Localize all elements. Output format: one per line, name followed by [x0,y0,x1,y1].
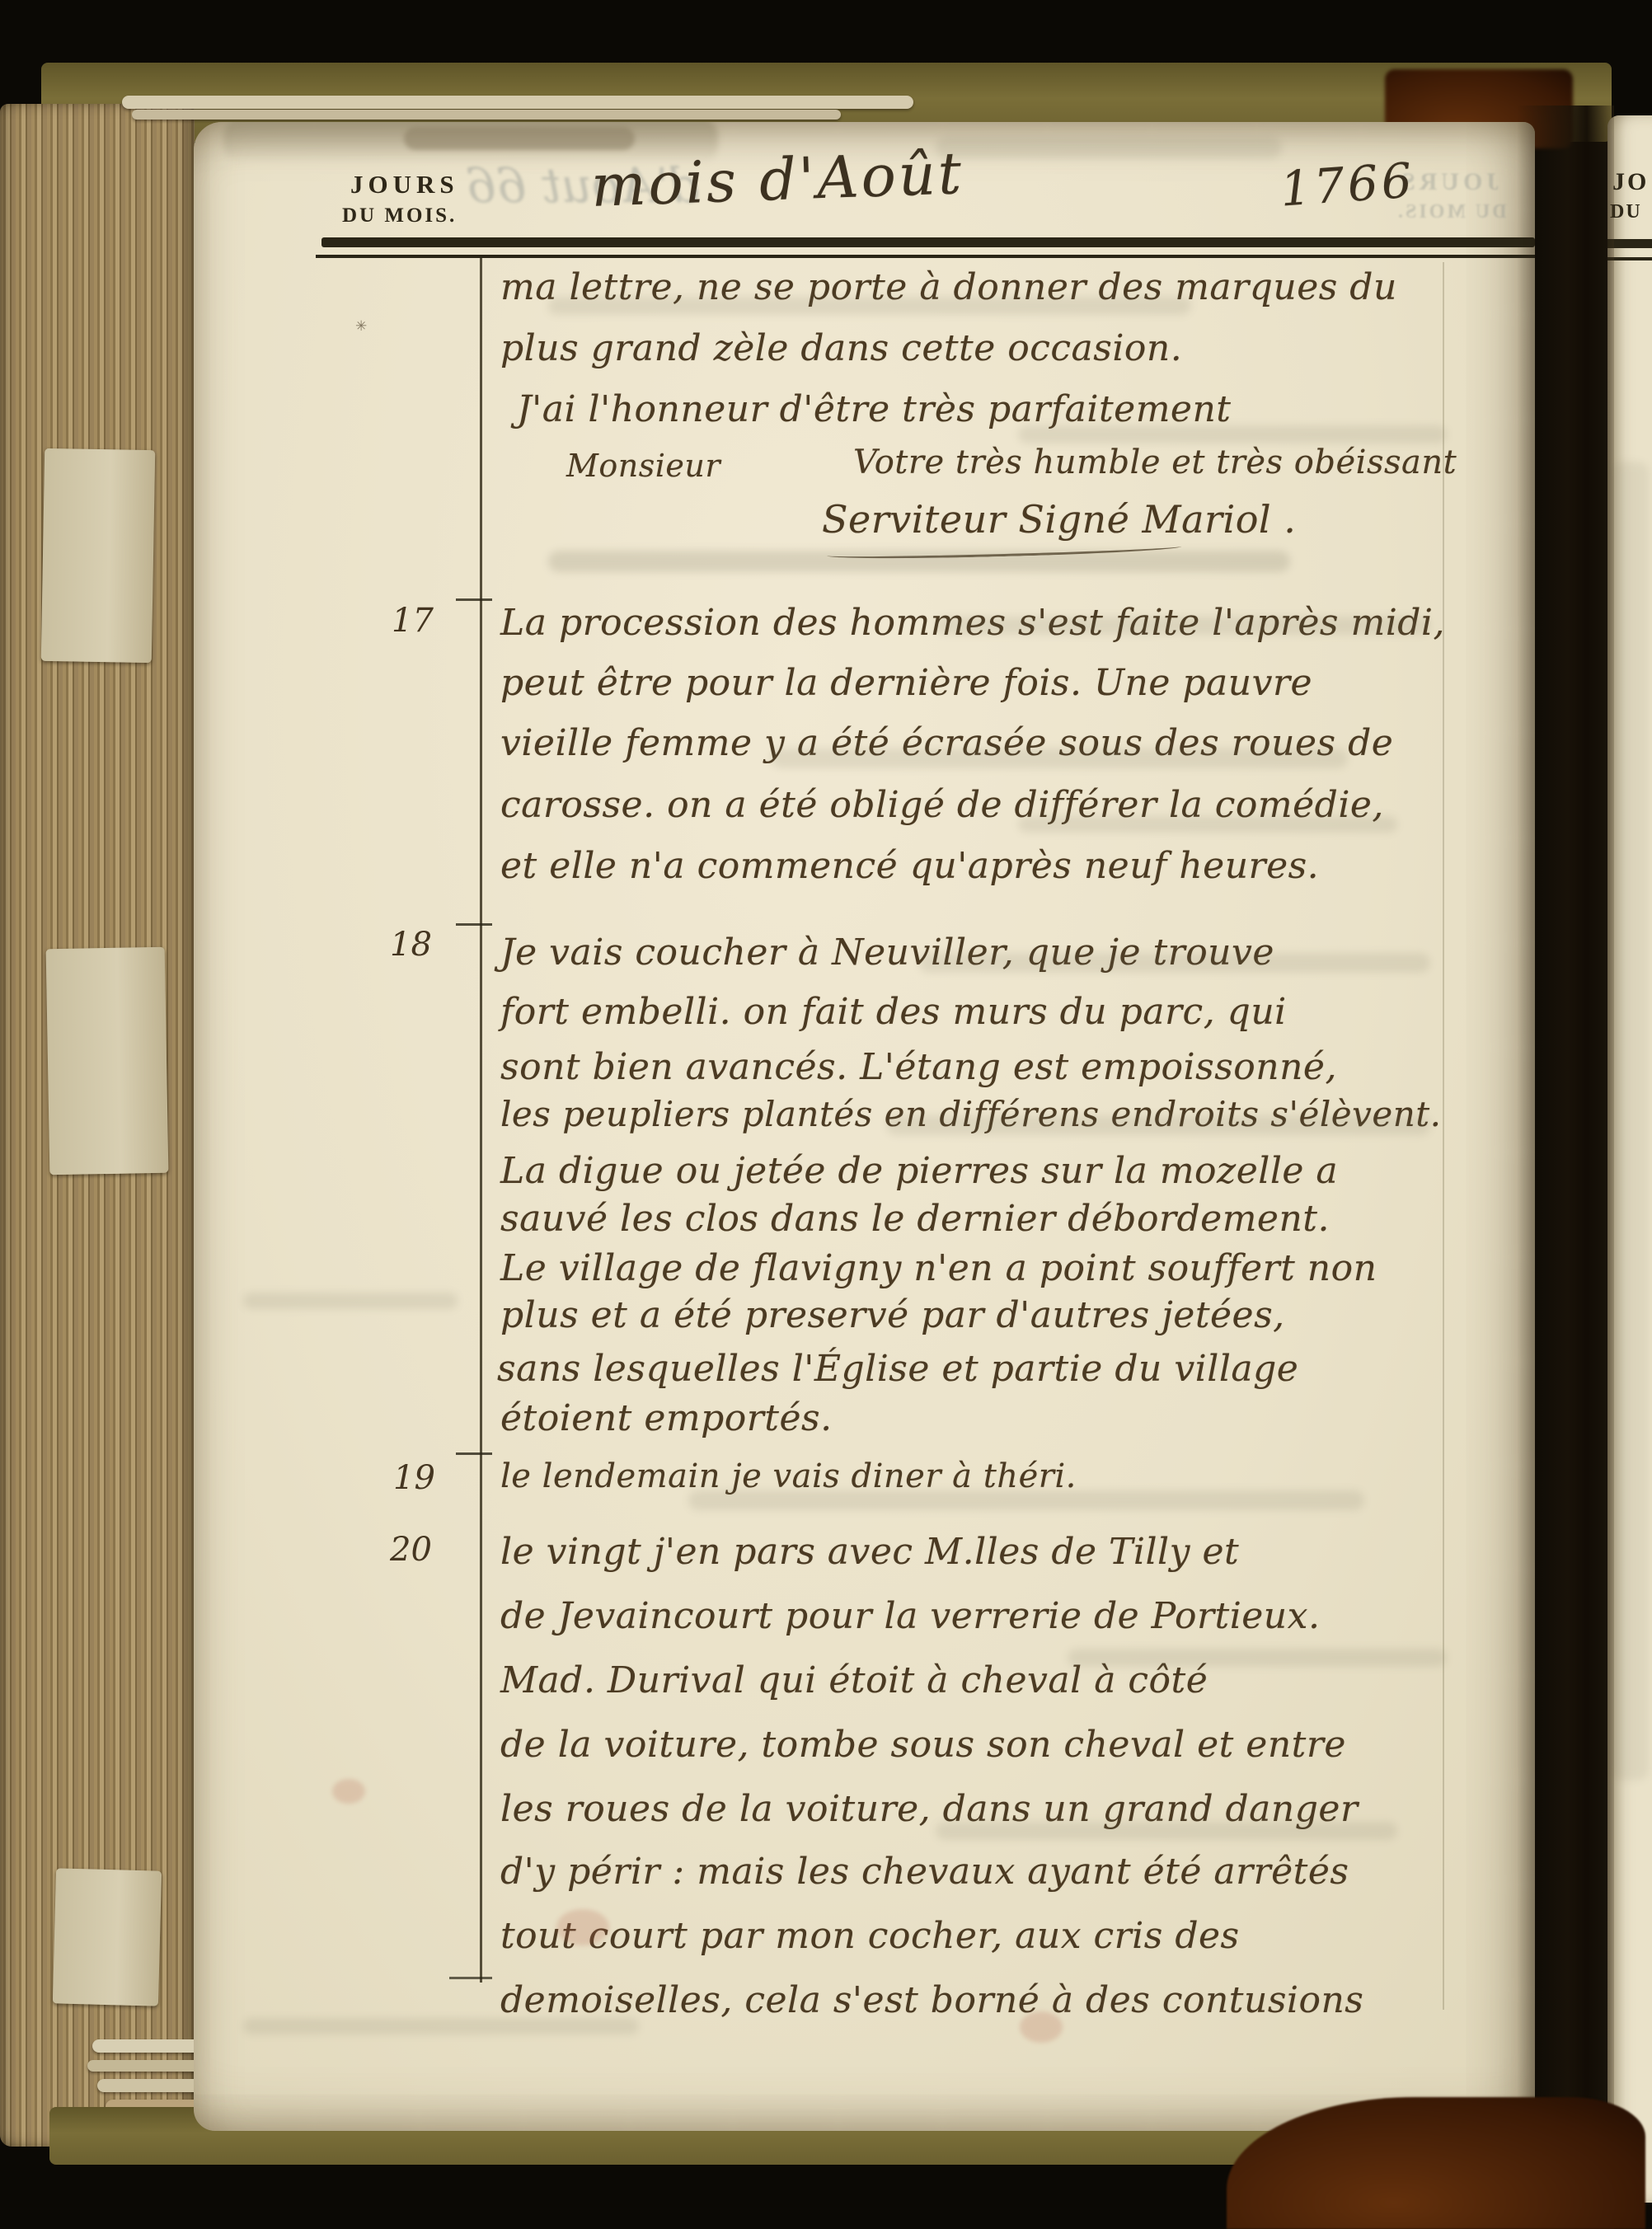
letter-closing: Votre très humble et très obéissant [853,445,1457,480]
entry-day-number: 18 [390,928,432,961]
inserted-paper-slip [46,947,169,1175]
printed-header-du-mois: DU MOIS. [342,204,457,228]
showthrough-smudge [919,953,1430,973]
showthrough-smudge [1068,1649,1447,1667]
letter-salutation: Monsieur [566,450,720,483]
facing-page: JO DU [1607,115,1652,2203]
inserted-paper-slip [53,1868,162,2006]
showthrough-smudge [936,1822,1397,1840]
entry-tick [449,1977,492,1979]
paper-stain [404,127,635,150]
letter-signature: Serviteur Signé Mariol . [822,500,1296,539]
entry-line: demoiselles, cela s'est borné à des cont… [500,1982,1363,2020]
showthrough-smudge [243,2018,639,2034]
facing-page-header-du-mois: DU [1610,201,1642,223]
letter-line: J'ai l'honneur d'être très parfaitement [517,391,1231,429]
sheet-edge [132,110,841,120]
entry-tick [456,923,492,926]
showthrough-smudge [886,1115,1430,1135]
letter-line: plus grand zèle dans cette occasion. [500,330,1182,368]
showthrough-smudge [936,137,1282,158]
entry-line: plus et a été preservé par d'autres jeté… [500,1297,1285,1335]
showthrough-smudge [1018,425,1447,443]
entry-line: de Jevaincourt pour la verrerie de Porti… [500,1598,1320,1635]
entry-day-number: 19 [393,1462,435,1495]
entry-line: Mad. Durival qui étoit à cheval à côté [500,1662,1208,1700]
inserted-paper-slip [41,448,155,663]
entry-line: d'y périr : mais les chevaux ayant été a… [500,1853,1349,1891]
foxing-speck [1020,2011,1063,2043]
printed-header-jours: JOURS [350,170,459,199]
entry-line: et elle n'a commencé qu'après neuf heure… [500,847,1319,885]
showthrough-margin-rule [1443,262,1444,2010]
entry-tick [456,1452,492,1455]
header-rule-thin [316,255,1535,258]
manuscript-page: JOURS DU MOIS. d'Aout 66 JOURS DU MOIS. … [194,122,1535,2131]
entry-line: sauvé les clos dans le dernier débordeme… [500,1200,1330,1238]
entry-line: sont bien avancés. L'étang est empoisson… [500,1049,1337,1086]
entry-line: étoient emportés. [500,1400,833,1438]
entry-line: Le village de flavigny n'en a point souf… [500,1250,1377,1288]
showthrough-smudge [1611,462,1649,1781]
entry-line: peut être pour la dernière fois. Une pau… [500,664,1312,702]
showthrough-smudge [243,1293,458,1309]
entry-line: fort embelli. on fait des murs du parc, … [500,993,1287,1031]
entry-line: le lendemain je vais diner à théri. [500,1459,1077,1494]
showthrough-smudge [771,748,1348,768]
entry-line: sans lesquelles l'Église et partie du vi… [497,1350,1298,1388]
sheet-edge [122,96,913,109]
entry-line: La digue ou jetée de pierres sur la moze… [500,1152,1338,1190]
handwritten-month-title: mois d'Août [590,143,964,217]
facing-page-rule-thick [1607,239,1652,248]
showthrough-smudge [1018,816,1397,833]
entry-tick [456,598,492,601]
entry-line: le vingt j'en pars avec M.lles de Tilly … [500,1533,1239,1571]
entry-day-number: 17 [392,604,434,637]
entry-day-number: 20 [390,1533,432,1566]
entry-line: tout court par mon cocher, aux cris des [500,1917,1240,1955]
foxing-speck [332,1779,365,1804]
showthrough-smudge [688,1490,1364,1510]
showthrough-smudge [936,617,1430,635]
day-column-rule [480,258,482,1983]
header-rule-thick [321,237,1535,247]
margin-mark: ✳ [355,318,367,335]
scanned-book-photo: JO DU JOURS DU MOIS. d'Aout 66 JOURS DU … [0,0,1652,2229]
handwritten-year: 1766 [1279,155,1416,214]
showthrough-smudge [548,551,1290,572]
entry-line: de la voiture, tombe sous son cheval et … [500,1726,1346,1764]
facing-page-header-jours: JO [1612,168,1649,196]
facing-page-rule-thin [1607,257,1652,260]
showthrough-smudge [547,297,1192,315]
foxing-speck [556,1909,609,1945]
